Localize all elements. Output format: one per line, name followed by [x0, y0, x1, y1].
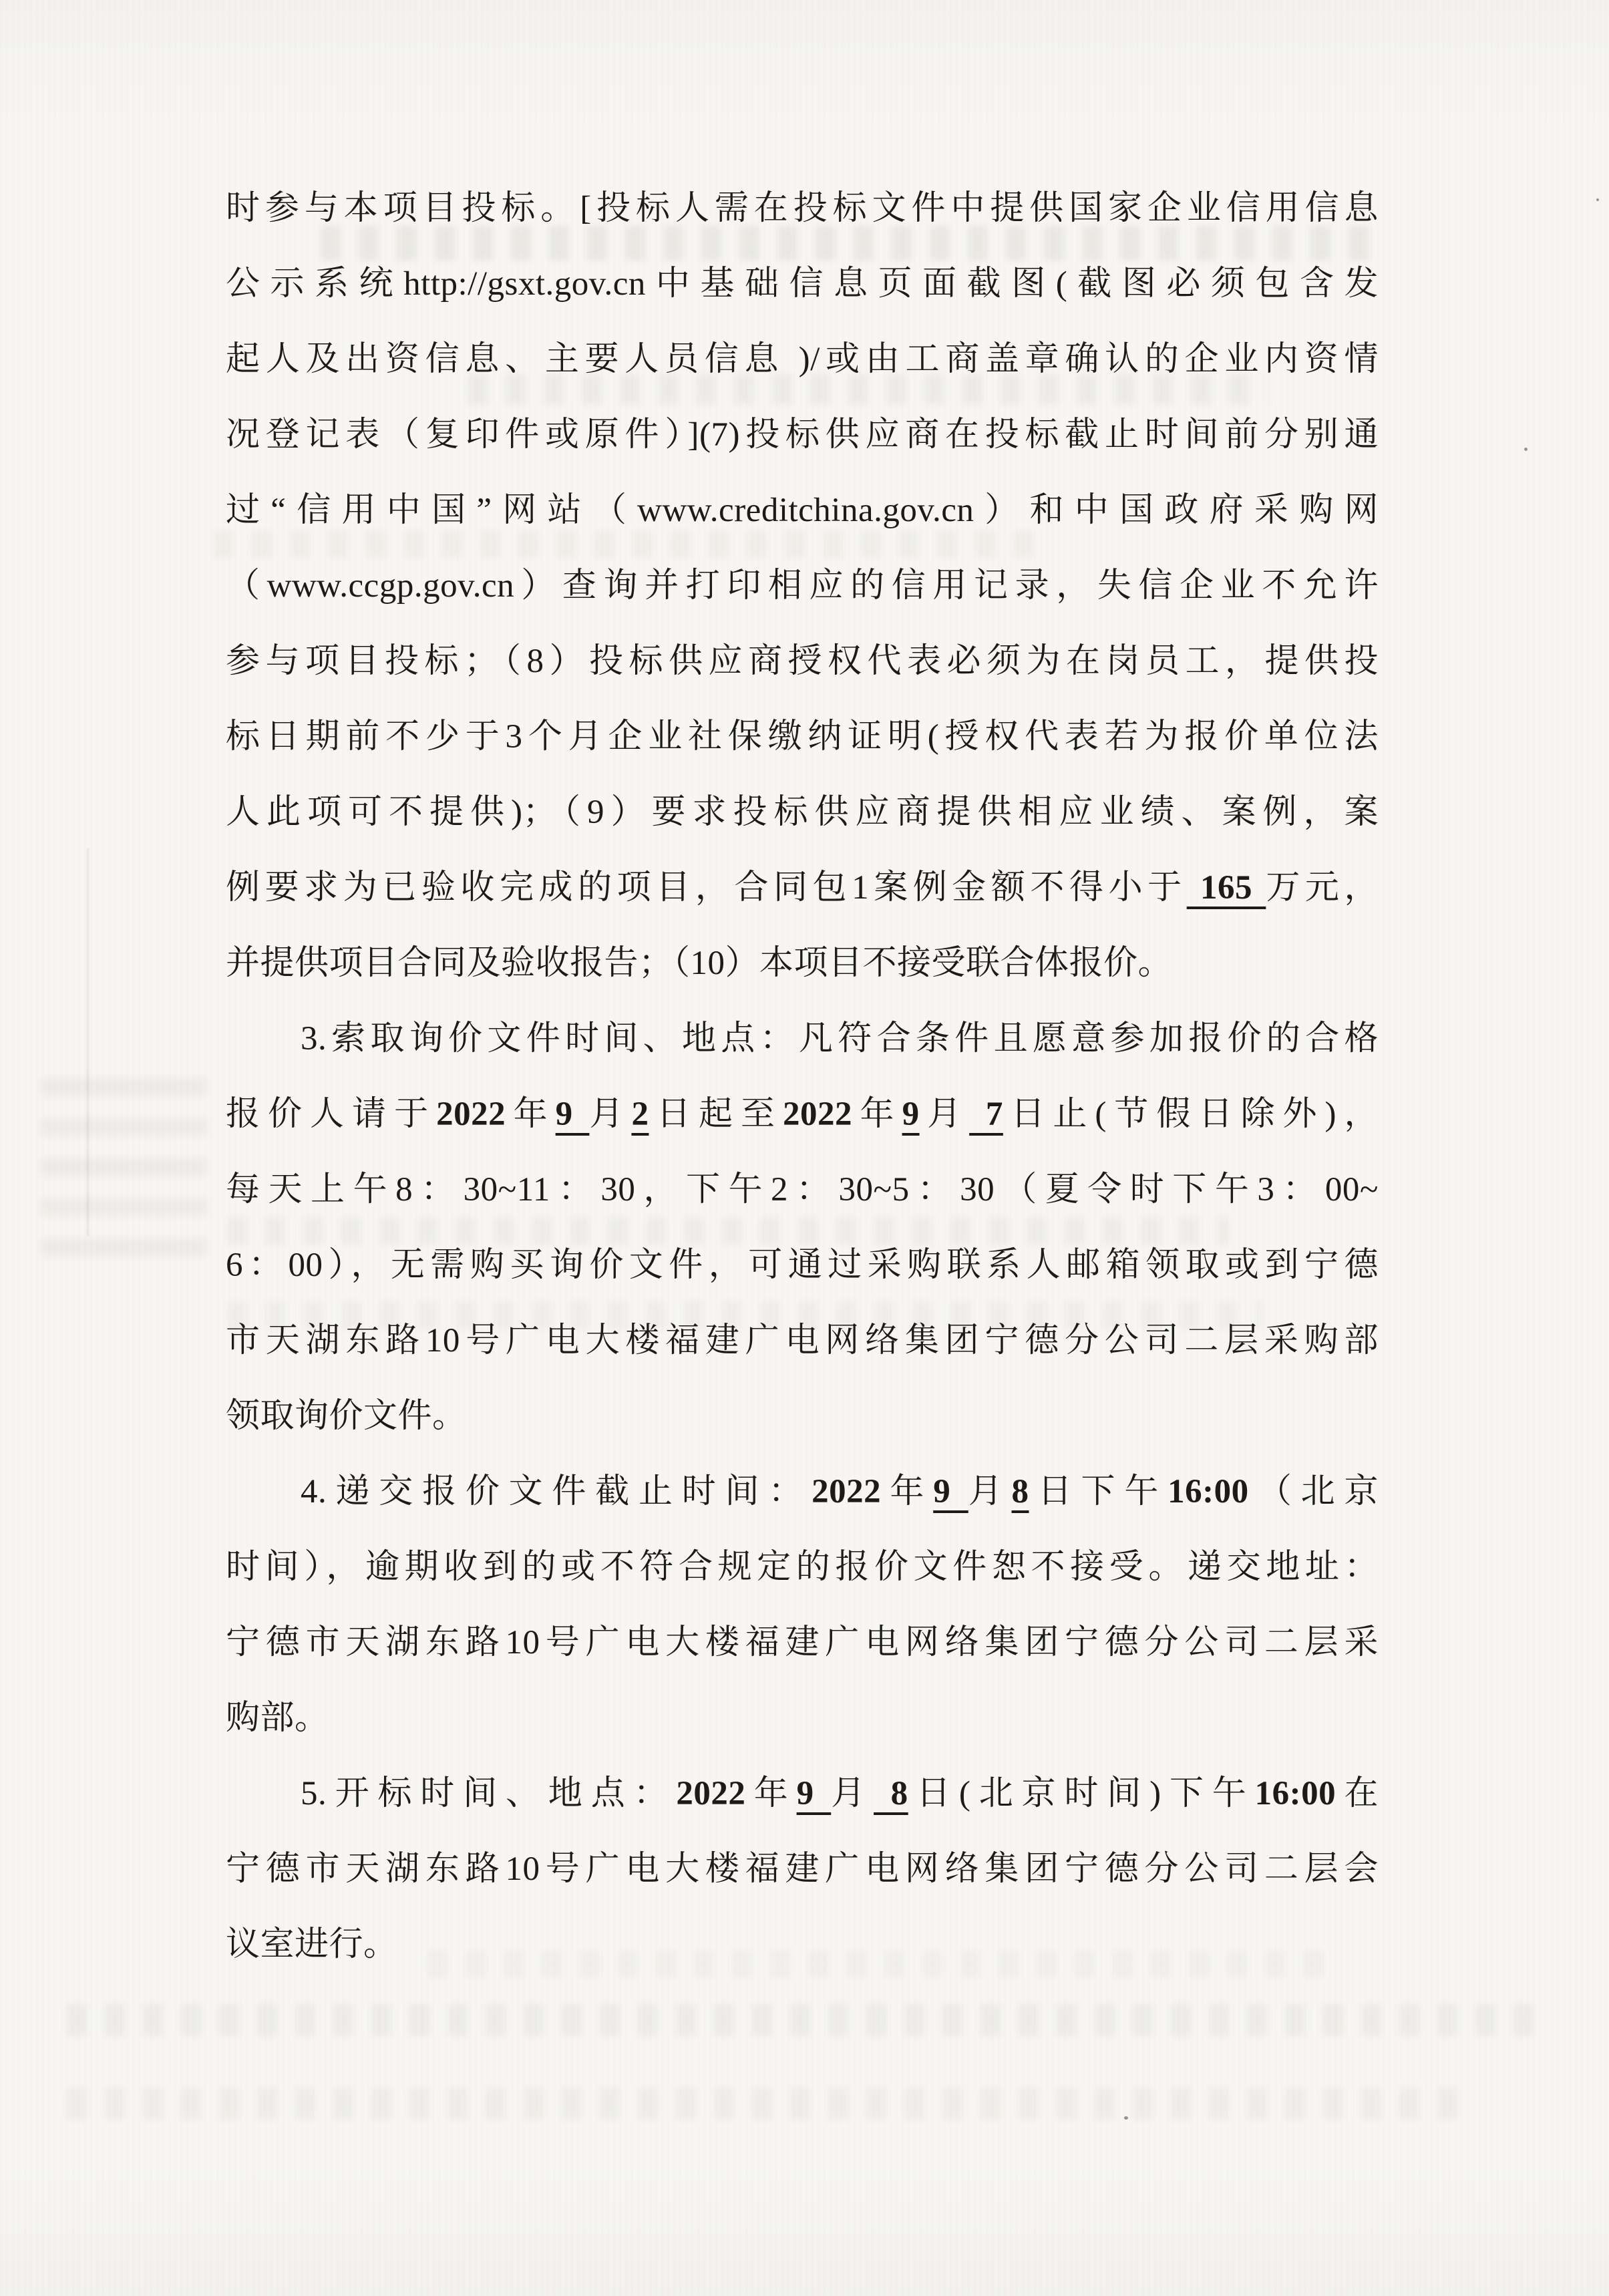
ink-speck: [1524, 448, 1528, 451]
text-run: 日起至: [649, 1096, 783, 1133]
text-line-23: 宁德市天湖东路10号广电大楼福建广电网络集团宁德分公司二层会: [226, 1832, 1379, 1907]
text-line-14: 每天上午8：30~11：30，下午2：30~5：30（夏令时下午3：00~: [226, 1152, 1379, 1228]
text-run: 宁德市天湖东路10号广电大楼福建广电网络集团宁德分公司二层会: [226, 1850, 1379, 1888]
text-line-17: 领取询价文件。: [226, 1379, 1379, 1454]
text-run: 日止(节假日除外)，: [1003, 1096, 1379, 1133]
underlined-value: 2: [631, 1096, 649, 1133]
ink-speck: [1124, 2116, 1128, 2120]
text-run: 时参与本项目投标。[投标人需在投标文件中提供国家企业信用信息: [226, 190, 1379, 227]
text-line-21: 购部。: [226, 1681, 1379, 1756]
underlined-value: 9: [902, 1096, 920, 1133]
text-line-16: 市天湖东路10号广电大楼福建广电网络集团宁德分公司二层采购部: [226, 1303, 1379, 1379]
text-line-7: 参与项目投标；（8）投标供应商授权代表必须为在岗员工，提供投: [226, 624, 1379, 699]
text-run: 日(北京时间)下午: [908, 1775, 1255, 1812]
underlined-value: 8: [1012, 1473, 1029, 1510]
text-line-19: 时间），逾期收到的或不符合规定的报价文件恕不接受。递交地址：: [226, 1530, 1379, 1605]
text-run: 年: [506, 1096, 556, 1133]
text-run: 2022: [676, 1775, 745, 1812]
text-run: 年: [881, 1473, 933, 1510]
text-run: 每天上午8：30~11：30，下午2：30~5：30（夏令时下午3：00~: [226, 1171, 1379, 1208]
text-run: 4.递交报价文件截止时间：: [301, 1473, 812, 1510]
text-run: 2022: [783, 1096, 852, 1133]
underlined-value: 9: [556, 1096, 590, 1133]
text-line-4: 况登记表（复印件或原件）](7)投标供应商在投标截止时间前分别通: [226, 397, 1379, 473]
text-line-11: 并提供项目合同及验收报告；（10）本项目不接受联合体报价。: [226, 926, 1379, 1001]
text-line-6: （www.ccgp.gov.cn）查询并打印相应的信用记录，失信企业不允许: [226, 548, 1379, 624]
text-run: 参与项目投标；（8）投标供应商授权代表必须为在岗员工，提供投: [226, 643, 1379, 680]
text-run: 月: [920, 1096, 970, 1133]
text-run: 并提供项目合同及验收报告；（10）本项目不接受联合体报价。: [226, 945, 1172, 982]
document-body: 时参与本项目投标。[投标人需在投标文件中提供国家企业信用信息公示系统http:/…: [226, 171, 1379, 1983]
text-line-2: 公示系统http://gsxt.gov.cn中基础信息页面截图(截图必须包含发: [226, 247, 1379, 322]
text-line-18: 4.递交报价文件截止时间：2022年9 月8日下午16:00（北京: [226, 1454, 1379, 1530]
text-line-3: 起人及出资信息、主要人员信息 )/或由工商盖章确认的企业内资情: [226, 322, 1379, 397]
text-line-12: 3.索取询价文件时间、地点：凡符合条件且愿意参加报价的合格: [226, 1001, 1379, 1077]
text-run: 年: [852, 1096, 902, 1133]
text-run: 人此项可不提供)；（9）要求投标供应商提供相应业绩、案例，案: [226, 794, 1379, 831]
text-line-1: 时参与本项目投标。[投标人需在投标文件中提供国家企业信用信息: [226, 171, 1379, 247]
text-run: 月: [831, 1775, 874, 1812]
text-run: 报价人请于: [226, 1096, 436, 1133]
bleedthrough-artifact: [67, 2088, 1469, 2120]
text-run: 万元，: [1266, 869, 1379, 907]
text-run: 况登记表（复印件或原件）](7)投标供应商在投标截止时间前分别通: [226, 416, 1379, 454]
text-run: 2022: [812, 1473, 881, 1510]
text-run: 6：00），无需购买询价文件，可通过采购联系人邮箱领取或到宁德: [226, 1247, 1379, 1284]
text-run: 起人及出资信息、主要人员信息 )/或由工商盖章确认的企业内资情: [226, 341, 1379, 378]
text-line-22: 5.开标时间、地点：2022年9 月 8日(北京时间)下午16:00在: [226, 1756, 1379, 1832]
text-run: 年: [745, 1775, 796, 1812]
text-run: 3.索取询价文件时间、地点：凡符合条件且愿意参加报价的合格: [301, 1020, 1379, 1057]
text-run: 16:00: [1168, 1473, 1248, 1510]
bleedthrough-artifact: [67, 2004, 1536, 2036]
text-run: 月: [589, 1096, 631, 1133]
underlined-value: 8: [874, 1775, 908, 1812]
text-run: 2022: [436, 1096, 506, 1133]
bleedthrough-artifact: [87, 848, 89, 1236]
text-line-20: 宁德市天湖东路10号广电大楼福建广电网络集团宁德分公司二层采: [226, 1605, 1379, 1681]
text-run: 宁德市天湖东路10号广电大楼福建广电网络集团宁德分公司二层采: [226, 1624, 1379, 1661]
text-line-8: 标日期前不少于3个月企业社保缴纳证明(授权代表若为报价单位法: [226, 699, 1379, 775]
text-run: 例要求为已验收完成的项目，合同包1案例金额不得小于: [226, 869, 1187, 907]
text-run: （www.ccgp.gov.cn）查询并打印相应的信用记录，失信企业不允许: [226, 567, 1379, 605]
text-line-24: 议室进行。: [226, 1907, 1379, 1983]
text-line-10: 例要求为已验收完成的项目，合同包1案例金额不得小于 165 万元，: [226, 850, 1379, 926]
underlined-value: 9: [933, 1473, 968, 1510]
text-line-5: 过“信用中国”网站（www.creditchina.gov.cn）和中国政府采购…: [226, 473, 1379, 548]
underlined-value: 165: [1187, 869, 1266, 907]
underlined-value: 7: [969, 1096, 1003, 1133]
text-run: 领取询价文件。: [226, 1398, 467, 1435]
bleedthrough-artifact: [40, 1055, 207, 1256]
text-run: 时间），逾期收到的或不符合规定的报价文件恕不接受。递交地址：: [226, 1548, 1379, 1586]
ink-speck: [1596, 198, 1599, 201]
text-run: 日下午: [1029, 1473, 1168, 1510]
text-run: 标日期前不少于3个月企业社保缴纳证明(授权代表若为报价单位法: [226, 718, 1379, 756]
text-run: （北京: [1249, 1473, 1379, 1510]
text-line-9: 人此项可不提供)；（9）要求投标供应商提供相应业绩、案例，案: [226, 775, 1379, 850]
text-run: 公示系统http://gsxt.gov.cn中基础信息页面截图(截图必须包含发: [226, 265, 1379, 303]
text-line-15: 6：00），无需购买询价文件，可通过采购联系人邮箱领取或到宁德: [226, 1228, 1379, 1303]
text-run: 16:00: [1255, 1775, 1336, 1812]
text-run: 市天湖东路10号广电大楼福建广电网络集团宁德分公司二层采购部: [226, 1322, 1379, 1359]
text-run: 议室进行。: [226, 1926, 398, 1963]
underlined-value: 9: [797, 1775, 832, 1812]
text-line-13: 报价人请于2022年9 月2日起至2022年9月 7日止(节假日除外)，: [226, 1077, 1379, 1152]
text-run: 购部。: [226, 1699, 329, 1737]
text-run: 月: [968, 1473, 1012, 1510]
text-run: 过“信用中国”网站（www.creditchina.gov.cn）和中国政府采购…: [226, 492, 1379, 529]
scanned-document-page: 时参与本项目投标。[投标人需在投标文件中提供国家企业信用信息公示系统http:/…: [0, 0, 1609, 2296]
text-run: 在: [1336, 1775, 1379, 1812]
text-run: 5.开标时间、地点：: [301, 1775, 676, 1812]
